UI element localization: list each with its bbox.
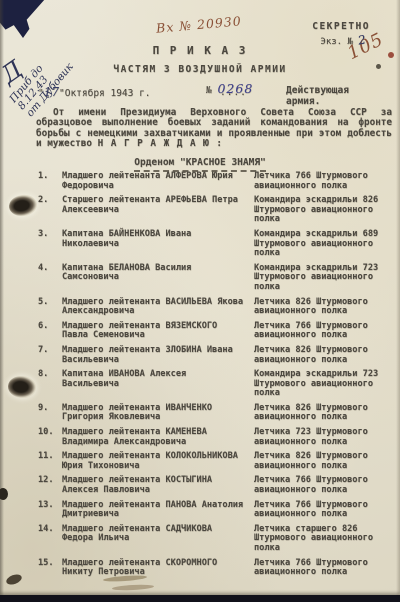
recipient-name: Младшего лейтенанта ПАНОВА Анатолия Дмит…	[62, 501, 254, 520]
recipient-name: Младшего лейтенанта ВАСИЛЬЕВА Якова Алек…	[62, 298, 254, 317]
list-item: 8. Капитана ИВАНОВА Алексея Васильевича …	[36, 370, 392, 399]
list-item: 13. Младшего лейтенанта ПАНОВА Анатолия …	[36, 501, 392, 520]
list-item: 4. Капитана БЕЛАНОВА Василия Самсоновича…	[36, 264, 392, 293]
recipient-name: Капитана БЕЛАНОВА Василия Самсоновича	[62, 264, 254, 293]
recipient-name: Младшего лейтенанта ИВАНЧЕНКО Григория Я…	[62, 404, 254, 423]
recipient-position: Командира эскадрильи 723 Штурмового авиа…	[254, 370, 392, 399]
edge-nick	[0, 488, 8, 500]
incoming-number-note: Вх № 20930	[156, 13, 243, 35]
recipient-name: Капитана ИВАНОВА Алексея Васильевича	[62, 370, 254, 399]
date-text: "Октября 1943 г.	[59, 88, 151, 99]
punch-hole	[7, 375, 37, 399]
recipient-name: Младшего лейтенанта ВЯЗЕМСКОГО Павла Сем…	[62, 322, 254, 341]
item-number: 7.	[36, 346, 62, 365]
left-scan-edge	[0, 0, 4, 602]
recipient-position: Летчика 826 Штурмового авиационного полк…	[254, 404, 392, 423]
list-item: 9. Младшего лейтенанта ИВАНЧЕНКО Григори…	[36, 404, 392, 423]
item-number: 1.	[36, 172, 62, 191]
recipient-name: Младшего лейтенанта АЛФЕРОВА Юрия Федоро…	[62, 172, 254, 191]
recipient-position: Командира эскадрильи 689 Штурмового авиа…	[254, 230, 392, 259]
recipient-position: Летчика 766 Штурмового авиационного полк…	[254, 501, 392, 520]
recipient-position: Летчика 766 Штурмового авиационного полк…	[254, 559, 392, 578]
right-scan-edge	[396, 0, 400, 602]
item-number: 3.	[36, 230, 62, 259]
list-item: 7. Младшего лейтенанта ЗЛОБИНА Ивана Вас…	[36, 346, 392, 365]
item-number: 5.	[36, 298, 62, 317]
recipient-position: Летчика 766 Штурмового авиационного полк…	[254, 476, 392, 495]
award-verb: Н А Г Р А Ж Д А Ю :	[98, 138, 223, 149]
recipient-name: Младшего лейтенанта КОЛОКОЛЬНИКОВА Юрия …	[62, 452, 254, 471]
list-item: 6. Младшего лейтенанта ВЯЗЕМСКОГО Павла …	[36, 322, 392, 341]
recipient-name: Младшего лейтенанта ЗЛОБИНА Ивана Василь…	[62, 346, 254, 365]
list-item: 2. Старшего лейтенанта АРЕФЬЕВА Петра Ал…	[36, 196, 392, 225]
recipient-position: Летчика старшего 826 Штурмового авиацион…	[254, 525, 392, 554]
torn-corner	[0, 0, 46, 38]
scanned-order-document: Д Приб до 8.12.43 от Дубовик Вх № 20930 …	[0, 0, 400, 602]
item-number: 15.	[36, 559, 62, 578]
punch-hole	[8, 193, 39, 218]
recipient-position: Летчика 826 Штурмового авиационного полк…	[254, 452, 392, 471]
list-item: 14. Младшего лейтенанта САДЧИКОВА Федора…	[36, 525, 392, 554]
recipient-name: Младшего лейтенанта КОСТЫГИНА Алексея Па…	[62, 476, 254, 495]
item-number: 2.	[36, 196, 62, 225]
recipient-position: Летчика 826 Штурмового авиационного полк…	[254, 298, 392, 317]
recipient-position: Командира эскадрильи 826 Штурмового авиа…	[254, 196, 392, 225]
number-dots: ....	[220, 87, 247, 98]
item-number: 6.	[36, 322, 62, 341]
recipient-name: Младшего лейтенанта СКОРОМНОГО Никиту Пе…	[62, 559, 254, 578]
item-number: 4.	[36, 264, 62, 293]
doc-subtitle: ЧАСТЯМ 3 ВОЗДУШНОЙ АРМИИ	[0, 64, 400, 75]
list-item: 15. Младшего лейтенанта СКОРОМНОГО Никит…	[36, 559, 392, 578]
recipient-list: 1. Младшего лейтенанта АЛФЕРОВА Юрия Фед…	[36, 172, 392, 583]
list-item: 10. Младшего лейтенанта КАМЕНЕВА Владими…	[36, 428, 392, 447]
page-title: П Р И К А З	[0, 44, 400, 57]
recipient-position: Командира эскадрильи 723 Штурмового авиа…	[254, 264, 392, 293]
list-item: 3. Капитана БАЙНЕНКОВА Ивана Николаевича…	[36, 230, 392, 259]
recipient-name: Старшего лейтенанта АРЕФЬЕВА Петра Алекс…	[62, 196, 254, 225]
army-status: Действующая армия.	[286, 85, 388, 107]
recipient-position: Летчика 766 Штурмового авиационного полк…	[254, 172, 392, 191]
recipient-name: Младшего лейтенанта КАМЕНЕВА Владимира А…	[62, 428, 254, 447]
item-number: 10.	[36, 428, 62, 447]
list-item: 11. Младшего лейтенанта КОЛОКОЛЬНИКОВА Ю…	[36, 452, 392, 471]
award-heading: Орденом "КРАСНОЕ ЗНАМЯ"	[134, 157, 266, 172]
item-number: 13.	[36, 501, 62, 520]
number-sign: №	[206, 85, 212, 96]
order-number-group: № .... 0268	[206, 81, 253, 96]
item-number: 14.	[36, 525, 62, 554]
bottom-scan-edge	[0, 595, 400, 602]
item-number: 11.	[36, 452, 62, 471]
recipient-name: Младшего лейтенанта САДЧИКОВА Федора Иль…	[62, 525, 254, 554]
award-heading-wrap: Орденом "КРАСНОЕ ЗНАМЯ"	[0, 150, 400, 172]
recipient-position: Летчика 766 Штурмового авиационного полк…	[254, 322, 392, 341]
item-number: 9.	[36, 404, 62, 423]
handwritten-day: 17	[44, 85, 59, 99]
recipient-position: Летчика 826 Штурмового авиационного полк…	[254, 346, 392, 365]
recipient-position: Летчика 723 Штурмового авиационного полк…	[254, 428, 392, 447]
secrecy-stamp: СЕКРЕТНО	[312, 21, 370, 32]
preamble: От имени Президиума Верховного Совета Со…	[36, 108, 392, 150]
list-item: 12. Младшего лейтенанта КОСТЫГИНА Алексе…	[36, 476, 392, 495]
ink-smudge	[5, 573, 23, 587]
stain	[112, 584, 154, 591]
date-line: "17"Октября 1943 г. № .... 0268 Действую…	[38, 85, 388, 99]
item-number: 8.	[36, 370, 62, 399]
list-item: 1. Младшего лейтенанта АЛФЕРОВА Юрия Фед…	[36, 172, 392, 191]
recipient-name: Капитана БАЙНЕНКОВА Ивана Николаевича	[62, 230, 254, 259]
item-number: 12.	[36, 476, 62, 495]
list-item: 5. Младшего лейтенанта ВАСИЛЬЕВА Якова А…	[36, 298, 392, 317]
